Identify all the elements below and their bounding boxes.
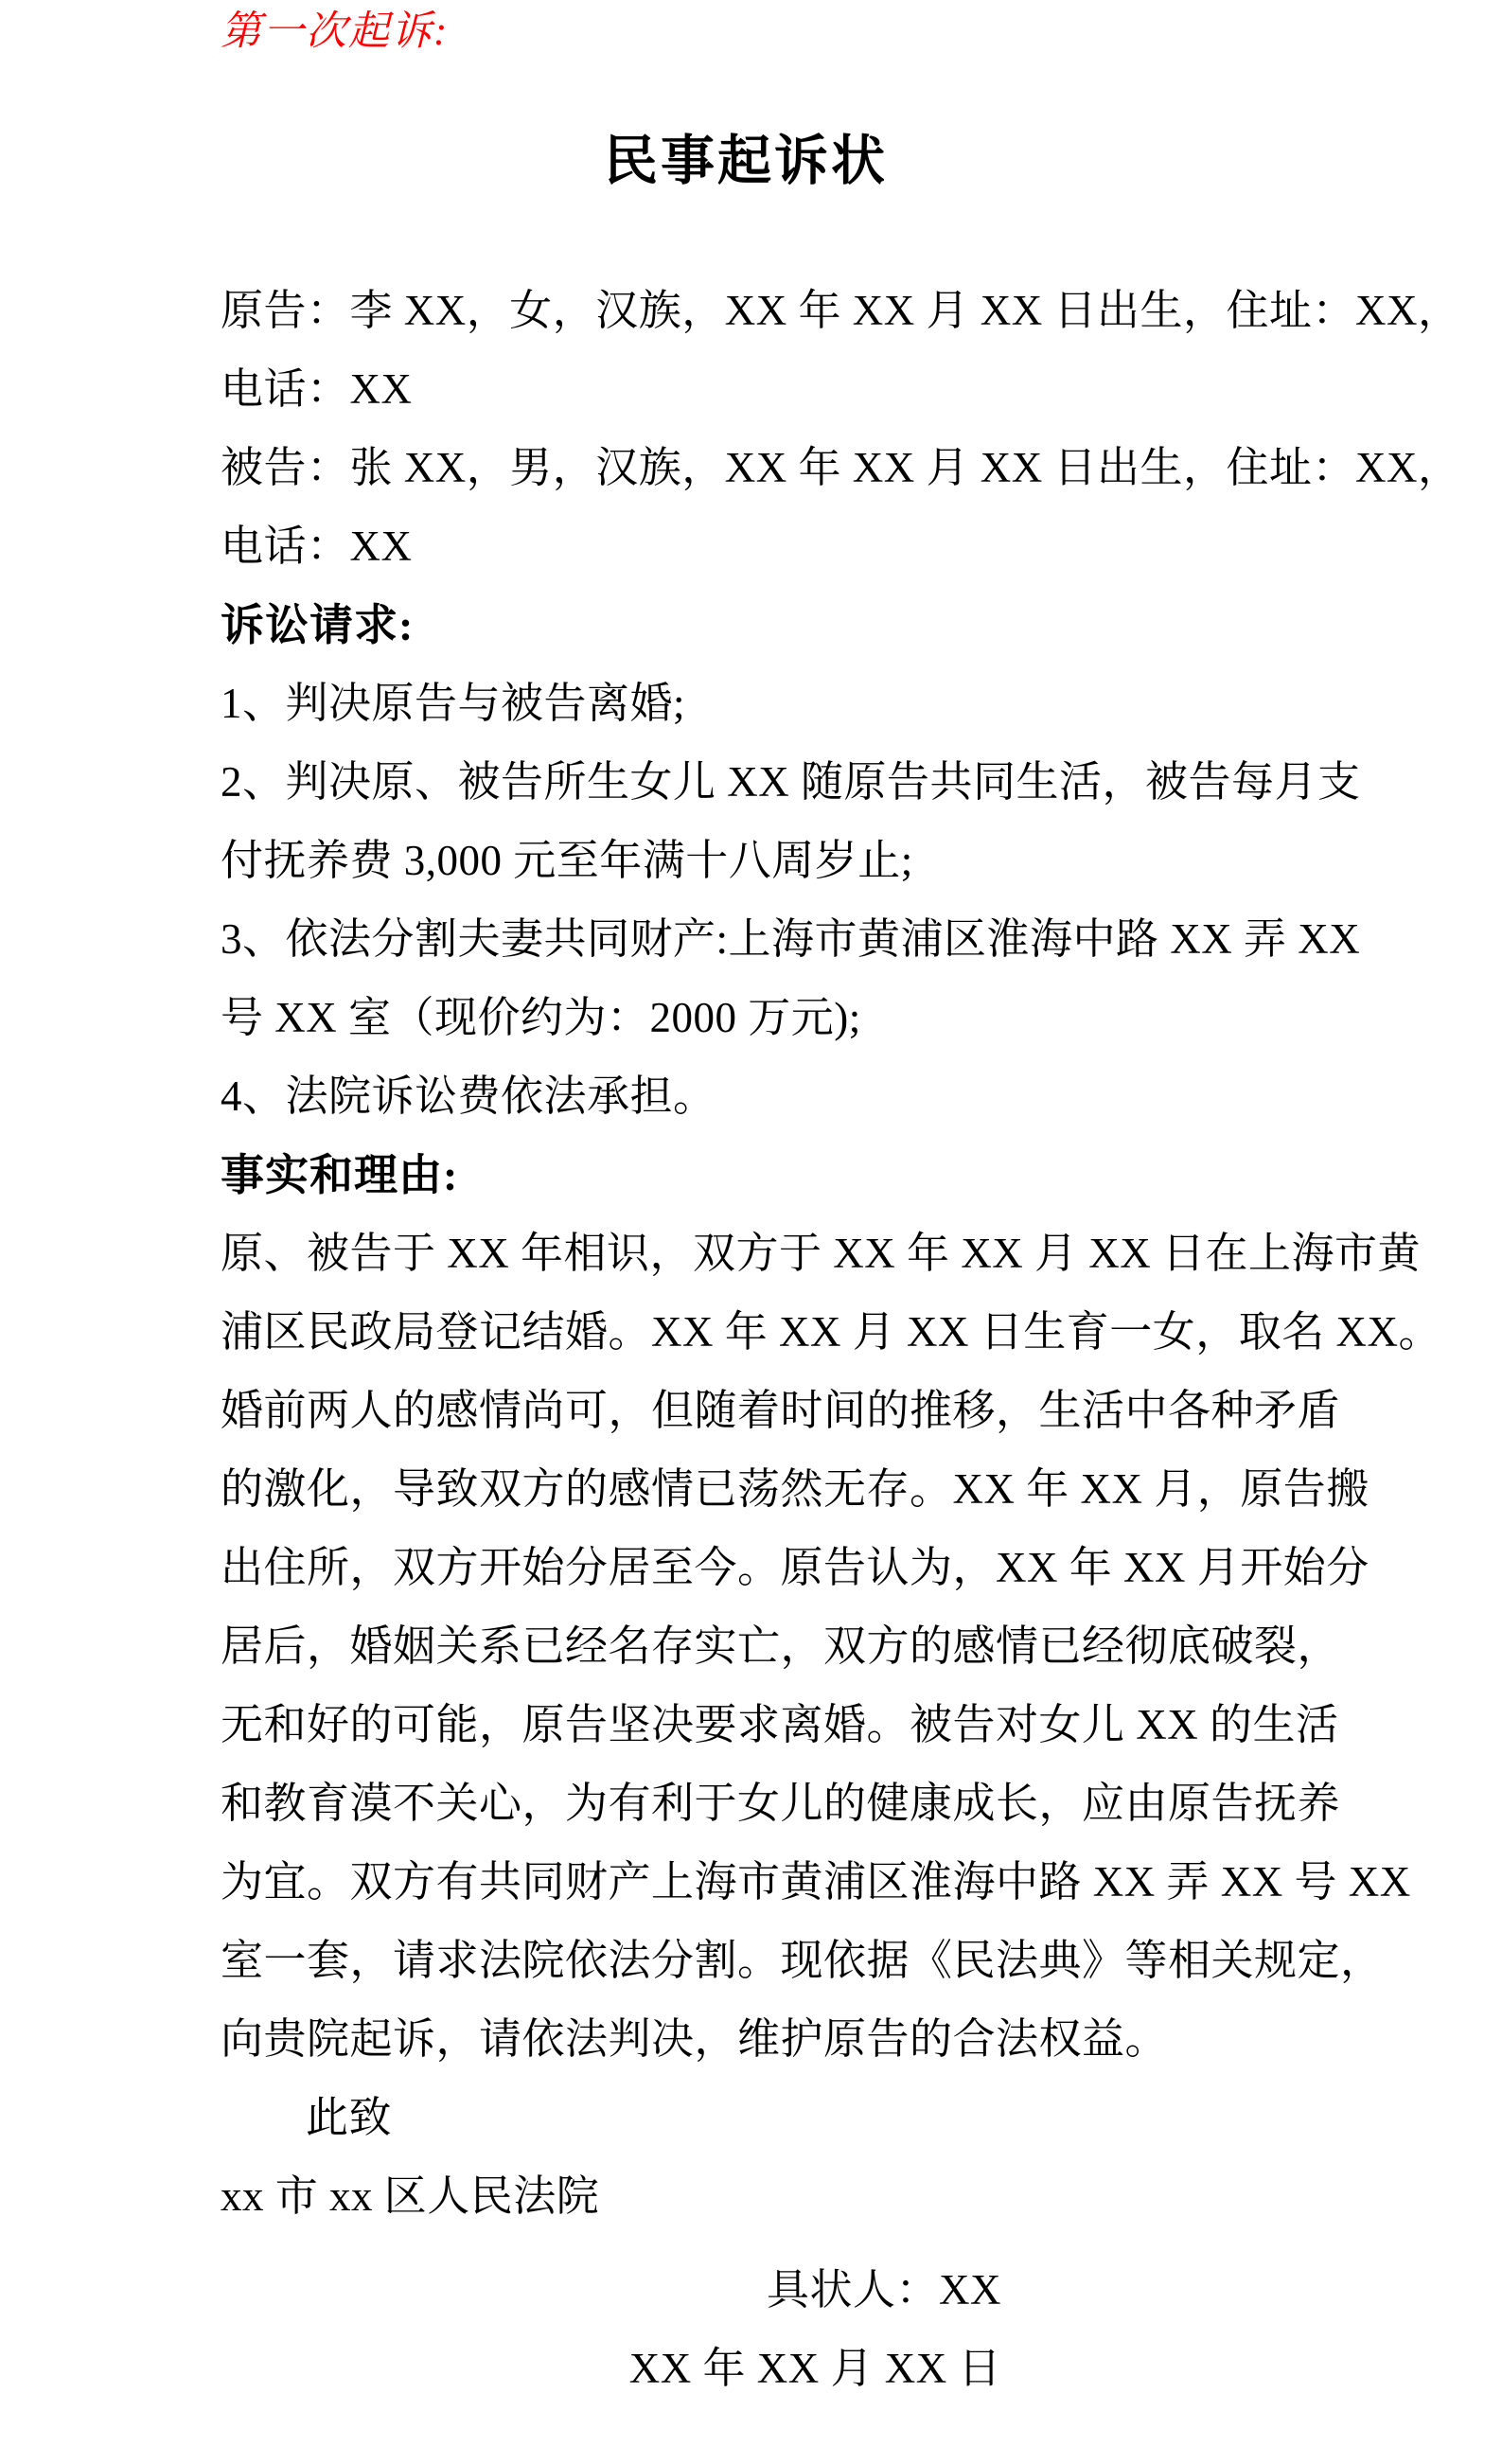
text-line: 1、判决原告与被告离婚; — [221, 665, 1347, 743]
document-body: 原告：李 XX，女，汉族，XX 年 XX 月 XX 日出生，住址：XX，电话：X… — [221, 272, 1347, 2236]
text-line: 为宜。双方有共同财产上海市黄浦区淮海中路 XX 弄 XX 号 XX — [221, 1843, 1347, 1922]
text-line: 的激化，导致双方的感情已荡然无存。XX 年 XX 月，原告搬 — [221, 1450, 1347, 1529]
text-line: 电话：XX — [221, 350, 1347, 429]
text-line: 电话：XX — [221, 507, 1347, 586]
document-page: 第一次起诉: 民事起诉状 原告：李 XX，女，汉族，XX 年 XX 月 XX 日… — [0, 0, 1502, 2464]
text-line: 居后，婚姻关系已经名存实亡，双方的感情已经彻底破裂， — [221, 1607, 1347, 1686]
text-line: 2、判决原、被告所生女儿 XX 随原告共同生活，被告每月支 — [221, 743, 1347, 822]
signer-line: 具状人：XX — [221, 2251, 1347, 2330]
page-title: 民事起诉状 — [183, 131, 1309, 193]
text-line: 浦区民政局登记结婚。XX 年 XX 月 XX 日生育一女，取名 XX。 — [221, 1293, 1347, 1372]
text-line: 被告：张 XX，男，汉族，XX 年 XX 月 XX 日出生，住址：XX， — [221, 429, 1347, 507]
text-line: 原、被告于 XX 年相识，双方于 XX 年 XX 月 XX 日在上海市黄 — [221, 1214, 1347, 1293]
text-line: 和教育漠不关心，为有利于女儿的健康成长，应由原告抚养 — [221, 1764, 1347, 1843]
section-heading: 事实和理由: — [221, 1136, 1347, 1214]
text-line: 号 XX 室（现价约为：2000 万元); — [221, 979, 1347, 1057]
text-line: 无和好的可能，原告坚决要求离婚。被告对女儿 XX 的生活 — [221, 1686, 1347, 1764]
text-line: 出住所，双方开始分居至今。原告认为，XX 年 XX 月开始分 — [221, 1529, 1347, 1607]
text-line: 室一套，请求法院依法分割。现依据《民法典》等相关规定， — [221, 1922, 1347, 2000]
text-line: 向贵院起诉，请依法判决，维护原告的合法权益。 — [221, 2000, 1347, 2079]
text-line: xx 市 xx 区人民法院 — [221, 2157, 1347, 2236]
text-line: 此致 — [221, 2079, 1347, 2157]
section-heading: 诉讼请求: — [221, 586, 1347, 665]
text-line: 4、法院诉讼费依法承担。 — [221, 1057, 1347, 1136]
text-line: 原告：李 XX，女，汉族，XX 年 XX 月 XX 日出生，住址：XX， — [221, 272, 1347, 350]
annotation-note: 第一次起诉: — [221, 8, 449, 57]
text-line: 婚前两人的感情尚可，但随着时间的推移，生活中各种矛盾 — [221, 1372, 1347, 1450]
signature-block: 具状人：XX XX 年 XX 月 XX 日 — [221, 2251, 1347, 2408]
text-line: 付抚养费 3,000 元至年满十八周岁止; — [221, 822, 1347, 900]
date-line: XX 年 XX 月 XX 日 — [221, 2330, 1347, 2408]
text-line: 3、依法分割夫妻共同财产:上海市黄浦区淮海中路 XX 弄 XX — [221, 900, 1347, 979]
